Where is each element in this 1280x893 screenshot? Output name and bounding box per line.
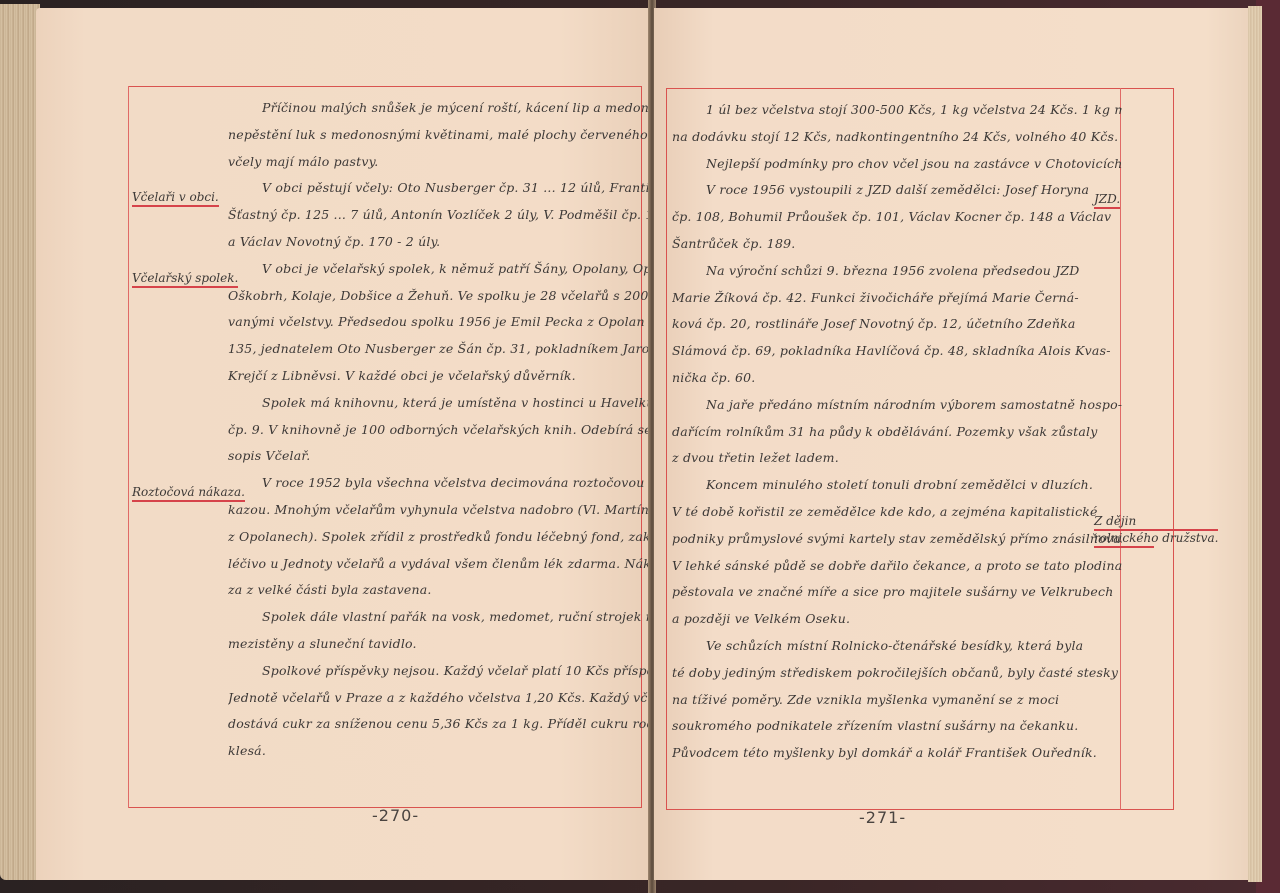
handwritten-line: Slámová čp. 69, pokladníka Havlíčová čp.…: [672, 343, 1122, 358]
handwritten-line: čp. 108, Bohumil Průoušek čp. 101, Václa…: [672, 209, 1122, 224]
right-page-stack: [1248, 6, 1262, 882]
handwritten-line: vanými včelstvy. Předsedou spolku 1956 j…: [228, 314, 648, 329]
handwritten-line: léčivo u Jednoty včelařů a vydával všem …: [228, 556, 648, 571]
handwritten-line: za z velké části byla zastavena.: [228, 582, 648, 597]
handwritten-line: na tíživé poměry. Zde vznikla myšlenka v…: [672, 692, 1122, 707]
handwritten-line: Nejlepší podmínky pro chov včel jsou na …: [706, 156, 1122, 171]
handwritten-line: soukromého podnikatele zřízením vlastní …: [672, 718, 1122, 733]
handwritten-line: Ve schůzích místní Rolnicko-čtenářské be…: [706, 638, 1122, 653]
handwritten-line: Šťastný čp. 125 ... 7 úlů, Antonín Vozlí…: [228, 207, 648, 222]
handwritten-line: V roce 1956 vystoupili z JZD další zeměd…: [706, 182, 1122, 197]
handwritten-line: dostává cukr za sníženou cenu 5,36 Kčs z…: [228, 716, 648, 731]
handwritten-line: z Opolanech). Spolek zřídil z prostředků…: [228, 529, 648, 544]
handwritten-line: V té době kořistil ze zemědělce kde kdo,…: [672, 504, 1122, 519]
handwritten-line: Spolek dále vlastní pařák na vosk, medom…: [262, 609, 648, 624]
handwritten-line: na dodávku stojí 12 Kčs, nadkontingentní…: [672, 129, 1122, 144]
margin-heading: Včelařský spolek.: [132, 271, 238, 288]
handwritten-line: V obci pěstují včely: Oto Nusberger čp. …: [262, 180, 648, 195]
handwritten-line: 135, jednatelem Oto Nusberger ze Šán čp.…: [228, 341, 648, 356]
page-number-right: -271-: [859, 808, 906, 827]
handwritten-line: Šantrůček čp. 189.: [672, 236, 1122, 251]
handwritten-line: dařícím rolníkům 31 ha půdy k obdělávání…: [672, 424, 1122, 439]
handwritten-line: Marie Žíková čp. 42. Funkci živočicháře …: [672, 290, 1122, 305]
handwritten-line: té doby jediným střediskem pokročilejšíc…: [672, 665, 1122, 680]
handwritten-line: Spolkové příspěvky nejsou. Každý včelař …: [262, 663, 648, 678]
left-page: Včelaři v obci.Včelařský spolek.Roztočov…: [36, 8, 652, 880]
handwritten-line: V obci je včelařský spolek, k němuž patř…: [262, 261, 648, 276]
handwritten-line: nepěstění luk s medonosnými květinami, m…: [228, 127, 648, 142]
margin-heading: Roztočová nákaza.: [132, 485, 245, 502]
handwritten-line: 1 úl bez včelstva stojí 300-500 Kčs, 1 k…: [706, 102, 1122, 117]
handwritten-line: Spolek má knihovnu, která je umístěna v …: [262, 395, 648, 410]
right-page: JZD.Z dějinrolnického družstva. 1 úl bez…: [654, 8, 1254, 880]
handwritten-line: Původcem této myšlenky byl domkář a kolá…: [672, 745, 1122, 760]
handwritten-line: Koncem minulého století tonuli drobní ze…: [706, 477, 1122, 492]
handwritten-line: V lehké sánské půdě se dobře dařilo čeka…: [672, 558, 1122, 573]
handwritten-line: klesá.: [228, 743, 648, 758]
handwritten-line: kazou. Mnohým včelařům vyhynula včelstva…: [228, 502, 648, 517]
handwritten-line: Jednotě včelařů v Praze a z každého včel…: [228, 690, 648, 705]
margin-heading: Včelaři v obci.: [132, 190, 219, 207]
handwritten-line: ková čp. 20, rostlináře Josef Novotný čp…: [672, 316, 1122, 331]
handwritten-line: z dvou třetin ležet ladem.: [672, 450, 1122, 465]
handwritten-line: V roce 1952 byla všechna včelstva decimo…: [262, 475, 648, 490]
handwritten-line: včely mají málo pastvy.: [228, 154, 648, 169]
left-page-stack: [0, 4, 40, 880]
handwritten-line: Krejčí z Libněvsi. V každé obci je včela…: [228, 368, 648, 383]
handwritten-line: nička čp. 60.: [672, 370, 1122, 385]
left-page-margin-rule: [128, 86, 129, 808]
handwritten-line: pěstovala ve značné míře a sice pro maji…: [672, 584, 1122, 599]
handwritten-line: podniky průmyslové svými kartely stav ze…: [672, 531, 1122, 546]
handwritten-line: a Václav Novotný čp. 170 - 2 úly.: [228, 234, 648, 249]
handwritten-line: Na výroční schůzi 9. března 1956 zvolena…: [706, 263, 1122, 278]
handwritten-line: čp. 9. V knihovně je 100 odborných včela…: [228, 422, 648, 437]
handwritten-line: Příčinou malých snůšek je mýcení roští, …: [262, 100, 648, 115]
handwritten-line: sopis Včelař.: [228, 448, 648, 463]
handwritten-line: a později ve Velkém Oseku.: [672, 611, 1122, 626]
handwritten-line: mezistěny a sluneční tavidlo.: [228, 636, 648, 651]
page-number-left: -270-: [372, 806, 419, 825]
handwritten-line: Na jaře předáno místním národním výborem…: [706, 397, 1122, 412]
handwritten-line: Oškobrh, Kolaje, Dobšice a Žehuň. Ve spo…: [228, 288, 648, 303]
